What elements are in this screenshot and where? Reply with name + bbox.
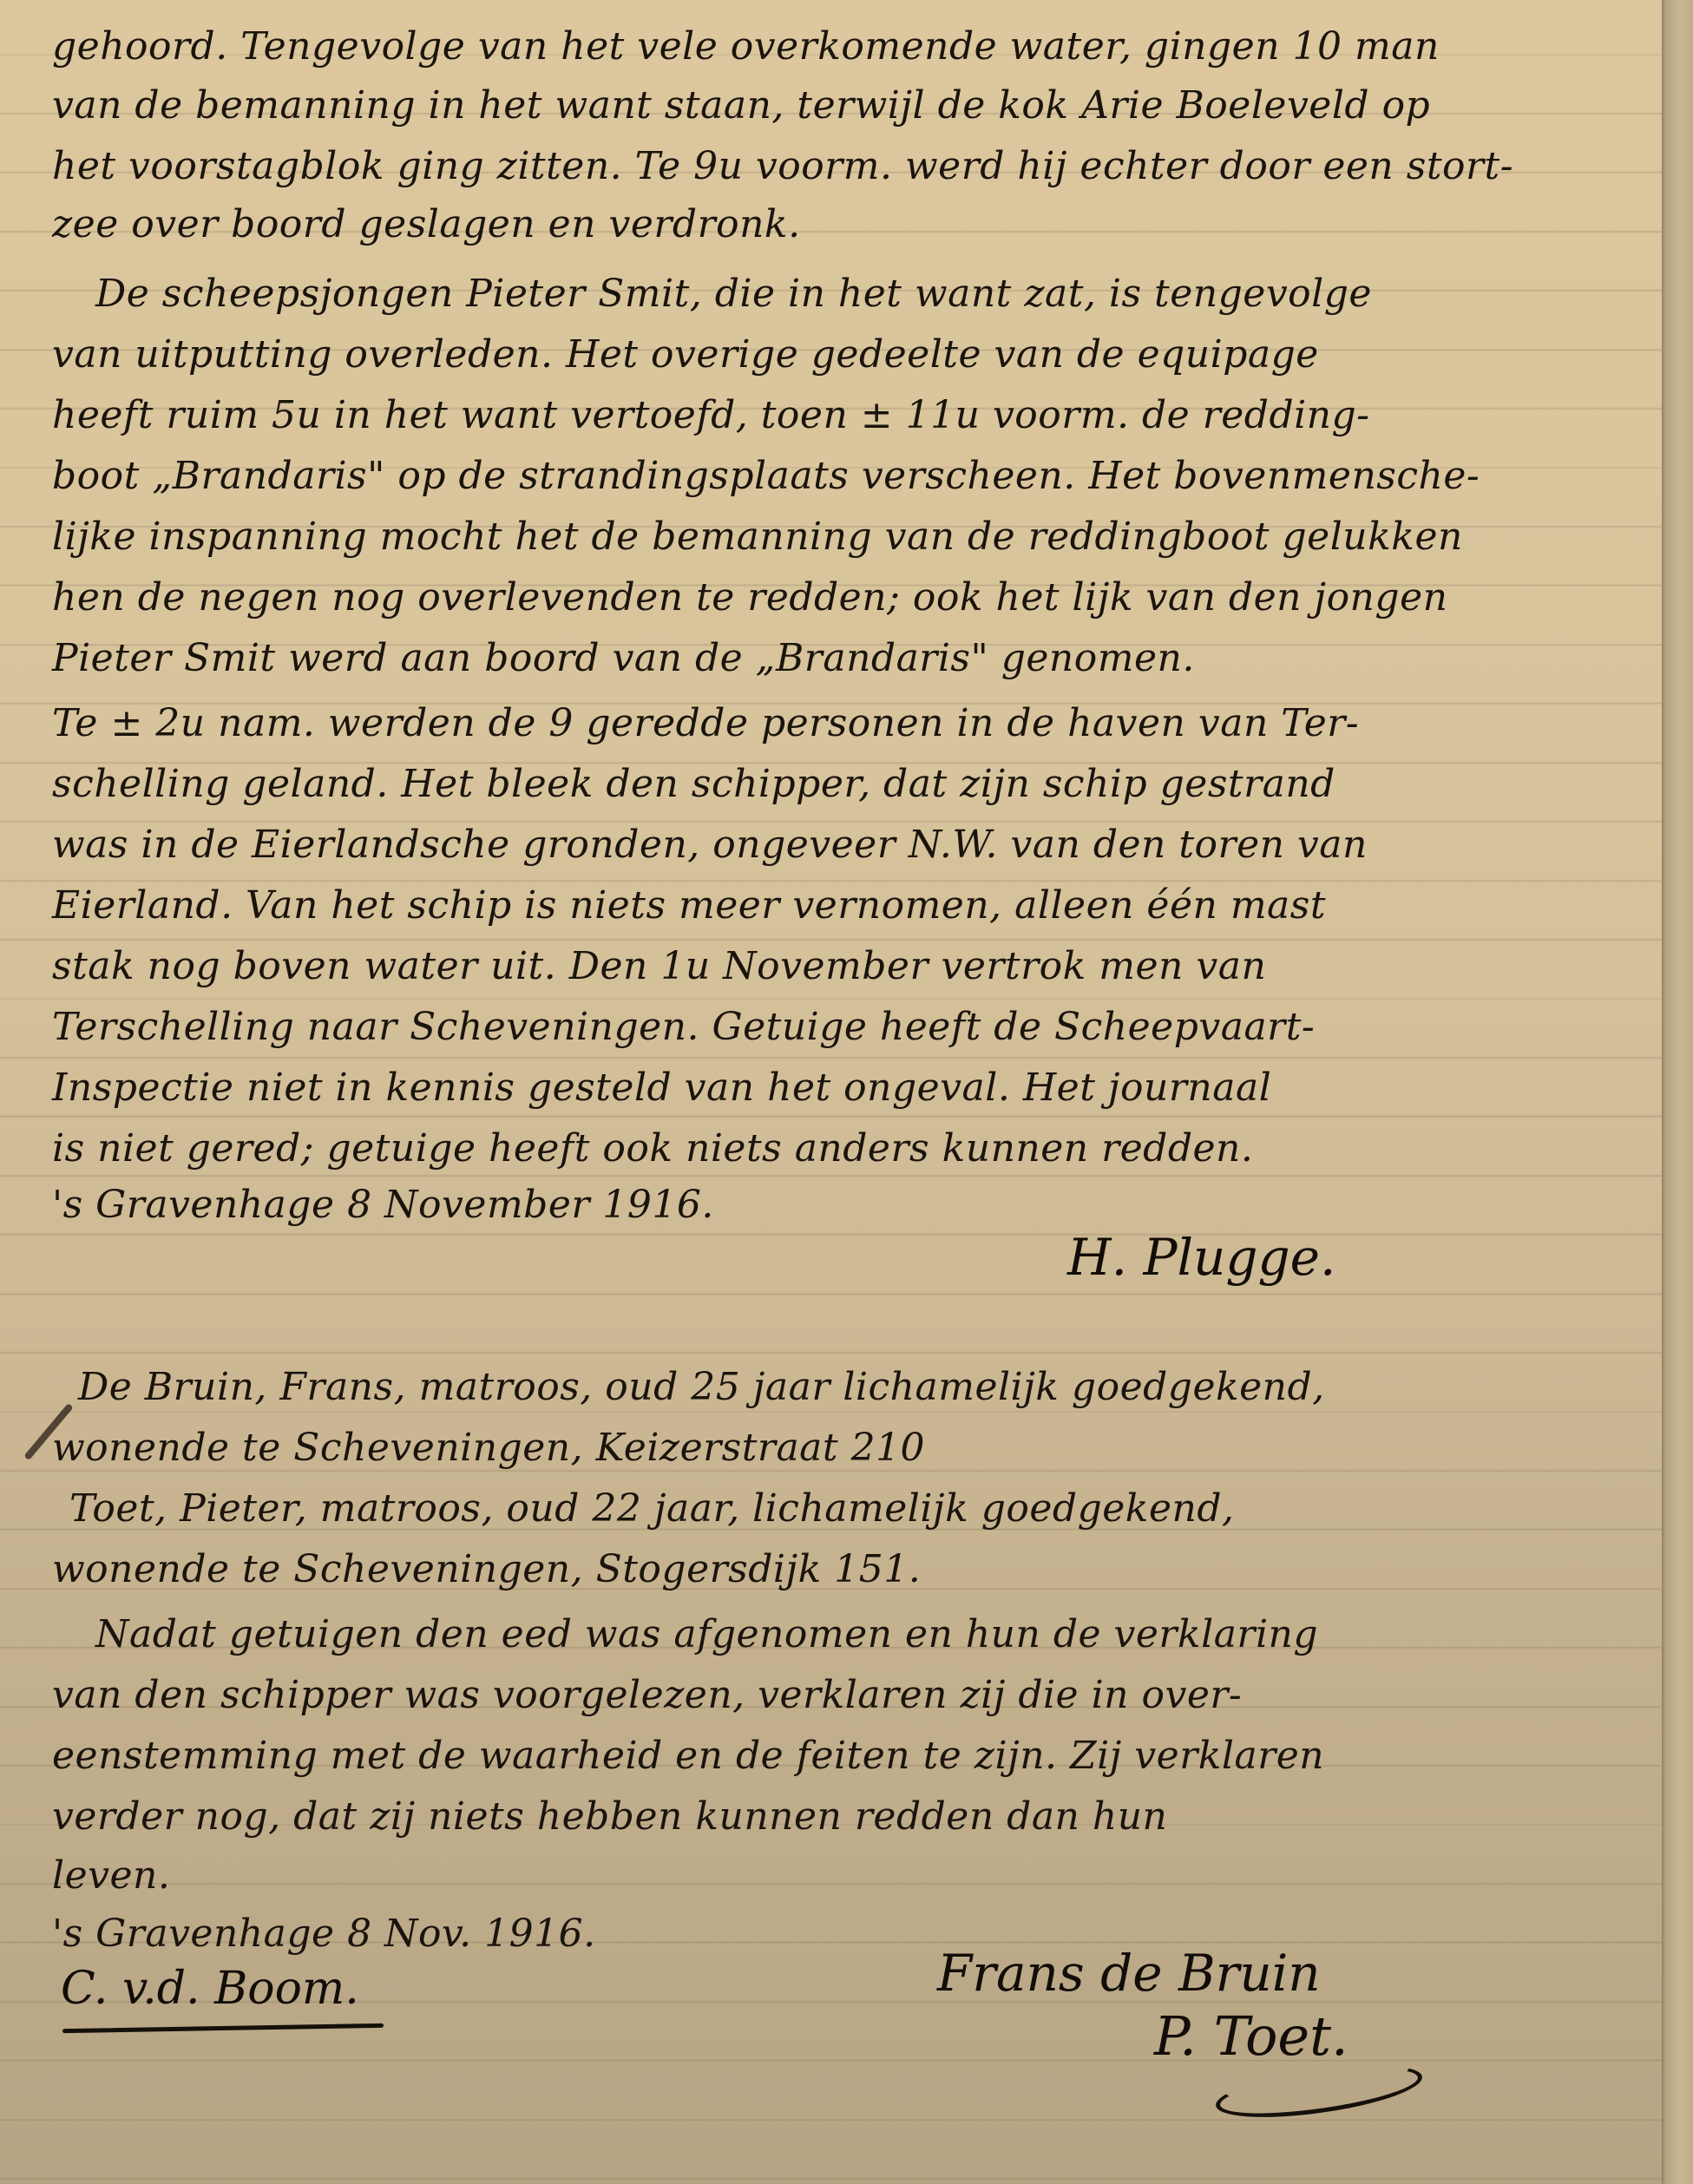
text-line-6: van uitputting overleden. Het overige ge… [52, 325, 1319, 384]
text-line-10: hen de negen nog overlevenden te redden;… [52, 568, 1447, 627]
text-line-11: Pieter Smit werd aan boord van de „Brand… [52, 629, 1195, 688]
text-line-13: schelling geland. Het bleek den schipper… [52, 755, 1335, 814]
signature-clerk: C. v.d. Boom. [61, 1963, 359, 2015]
text-line-18: Inspectie niet in kennis gesteld van het… [52, 1059, 1271, 1118]
signature-plugge: H. Plugge. [1067, 1228, 1335, 1287]
witness-line-4: wonende te Scheveningen, Stogersdijk 151… [52, 1540, 921, 1599]
witness-line-9: leven. [52, 1846, 170, 1905]
text-line-14: was in de Eierlandsche gronden, ongeveer… [52, 816, 1368, 875]
witness-line-7: eenstemming met de waarheid en de feiten… [52, 1727, 1324, 1786]
text-line-1: gehoord. Tengevolge van het vele overkom… [52, 17, 1440, 76]
text-line-9: lijke inspanning mocht het de bemanning … [52, 508, 1463, 567]
text-line-3: het voorstagblok ging zitten. Te 9u voor… [52, 137, 1513, 196]
witness-line-2: wonende te Scheveningen, Keizerstraat 21… [52, 1419, 925, 1478]
text-line-4: zee over boord geslagen en verdronk. [52, 195, 801, 254]
signature-underline [62, 2023, 384, 2033]
text-line-12: Te ± 2u nam. werden de 9 geredde persone… [52, 694, 1359, 753]
place-date-line-1: 's Gravenhage 8 November 1916. [52, 1176, 714, 1235]
page-edge [1662, 0, 1693, 2184]
witness-line-3: Toet, Pieter, matroos, oud 22 jaar, lich… [69, 1479, 1234, 1538]
witness-line-5: Nadat getuigen den eed was afgenomen en … [95, 1605, 1318, 1664]
signature-witness-2: P. Toet. [1154, 2004, 1348, 2068]
text-line-15: Eierland. Van het schip is niets meer ve… [52, 876, 1326, 935]
witness-line-1: De Bruin, Frans, matroos, oud 25 jaar li… [78, 1358, 1325, 1417]
signature-witness-1: Frans de Bruin [937, 1944, 1321, 2003]
witness-line-8: verder nog, dat zij niets hebben kunnen … [52, 1787, 1167, 1846]
text-line-2: van de bemanning in het want staan, terw… [52, 76, 1430, 135]
text-line-5: De scheepsjongen Pieter Smit, die in het… [95, 265, 1372, 324]
text-line-17: Terschelling naar Scheveningen. Getuige … [52, 998, 1315, 1057]
handwritten-page: gehoord. Tengevolge van het vele overkom… [0, 0, 1662, 2184]
text-line-19: is niet gered; getuige heeft ook niets a… [52, 1119, 1253, 1178]
text-line-7: heeft ruim 5u in het want vertoefd, toen… [52, 386, 1370, 445]
text-line-8: boot „Brandaris" op de strandingsplaats … [52, 447, 1480, 506]
place-date-line-2: 's Gravenhage 8 Nov. 1916. [52, 1905, 596, 1964]
witness-line-6: van den schipper was voorgelezen, verkla… [52, 1666, 1242, 1725]
text-line-16: stak nog boven water uit. Den 1u Novembe… [52, 937, 1266, 996]
